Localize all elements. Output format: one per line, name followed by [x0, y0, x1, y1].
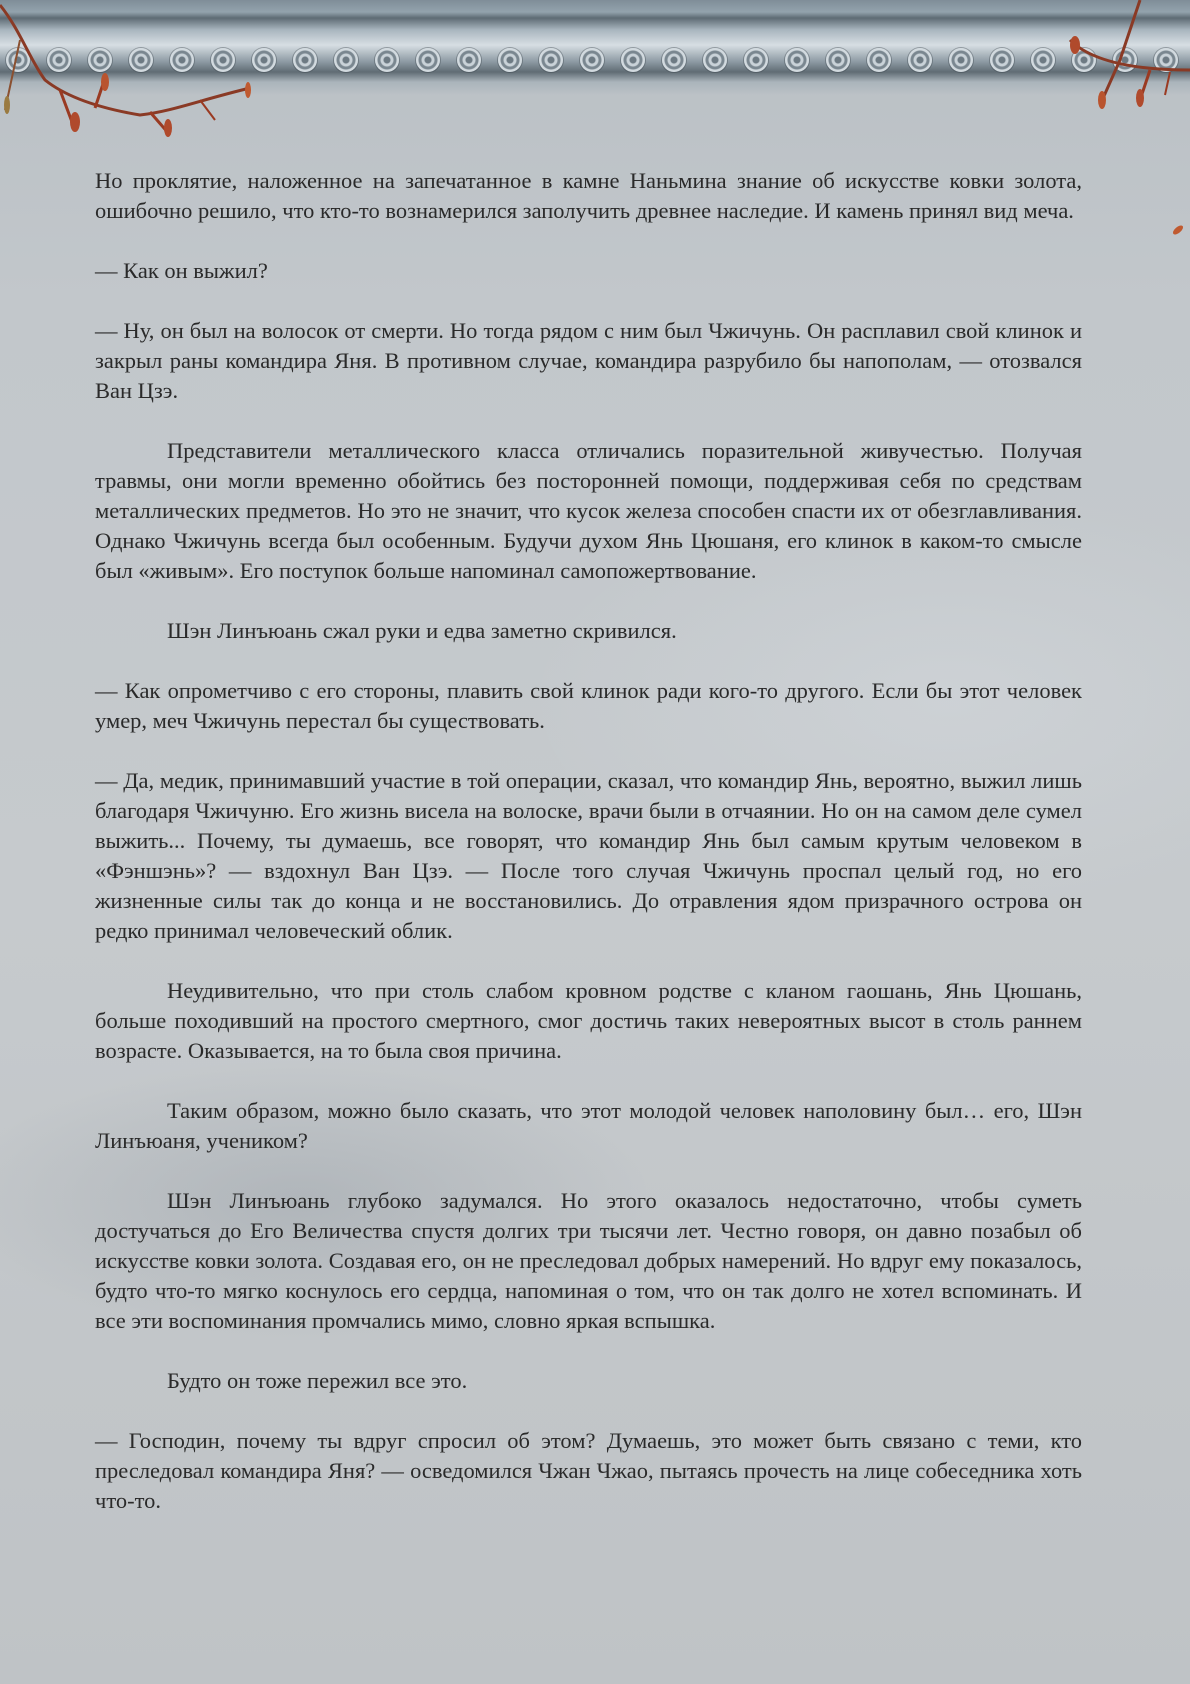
roof-tile-icon	[451, 38, 492, 76]
roof-tile-icon	[533, 38, 574, 76]
roof-tile-icon	[369, 38, 410, 76]
roof-tile-icon	[902, 38, 943, 76]
paragraph: Неудивительно, что при столь слабом кров…	[95, 976, 1082, 1066]
roof-tile-icon	[287, 38, 328, 76]
dialogue-line: — Ну, он был на волосок от смерти. Но то…	[95, 316, 1082, 406]
roof-tile-icon	[943, 38, 984, 76]
roof-tile-icon	[697, 38, 738, 76]
roof-tile-icon	[615, 38, 656, 76]
roof-tile-icon	[656, 38, 697, 76]
paragraph: Будто он тоже пережил все это.	[95, 1366, 1082, 1396]
dialogue-line: — Как опрометчиво с его стороны, плавить…	[95, 676, 1082, 736]
roof-tile-icon	[328, 38, 369, 76]
roof-tile-icon	[738, 38, 779, 76]
paragraph: Но проклятие, наложенное на запечатанное…	[95, 166, 1082, 226]
dialogue-line: — Да, медик, принимавший участие в той о…	[95, 766, 1082, 946]
paragraph: Представители металлического класса отли…	[95, 436, 1082, 586]
roof-tile-icon	[492, 38, 533, 76]
red-branch-left-icon	[0, 0, 260, 140]
roof-tile-icon	[820, 38, 861, 76]
dialogue-line: — Господин, почему ты вдруг спросил об э…	[95, 1426, 1082, 1516]
roof-tile-icon	[779, 38, 820, 76]
paragraph: Таким образом, можно было сказать, что э…	[95, 1096, 1082, 1156]
dialogue-line: — Как он выжил?	[95, 256, 1082, 286]
paragraph: Шэн Линъюань сжал руки и едва заметно ск…	[95, 616, 1082, 646]
roof-tile-icon	[410, 38, 451, 76]
roof-tile-icon	[861, 38, 902, 76]
roof-tile-icon	[574, 38, 615, 76]
paragraph: Шэн Линъюань глубоко задумался. Но этого…	[95, 1186, 1082, 1336]
page-body: Но проклятие, наложенное на запечатанное…	[95, 166, 1082, 1546]
